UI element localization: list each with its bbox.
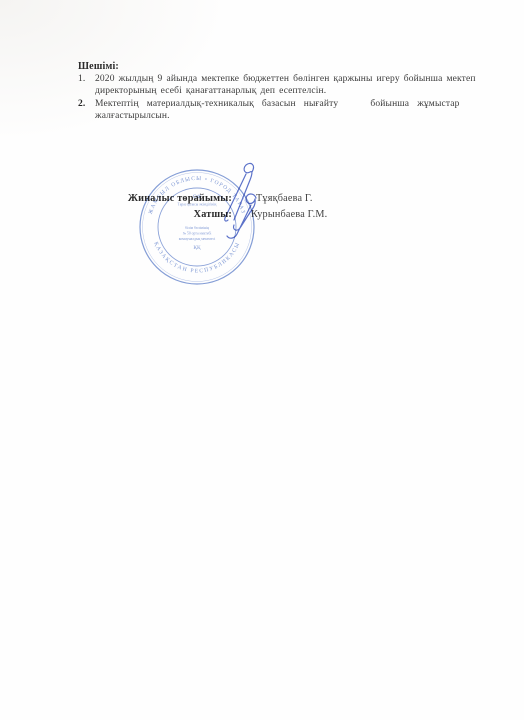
decision-section: Шешімі: 1. 2020 жылдың 9 айында мектепке… [78, 60, 500, 123]
chairwoman-signature-ink [225, 163, 254, 221]
stamp-center-line-2: білім бөлімінің [185, 226, 209, 230]
decision-item-1: 1. 2020 жылдың 9 айында мектепке бюджетт… [78, 73, 500, 98]
decision-heading: Шешімі: [78, 60, 500, 73]
pen-signatures [208, 158, 272, 242]
stamp-center-line-5: ҚҚ [193, 245, 201, 251]
stamp-center-line-0: ОФ [193, 194, 202, 200]
list-number: 2. [78, 98, 95, 110]
list-item-text: 2020 жылдың 9 айында мектепке бюджеттен … [95, 73, 500, 98]
list-item-text: Мектептің материалдық-техникалық базасын… [95, 98, 500, 123]
scanned-document-page: Шешімі: 1. 2020 жылдың 9 айында мектепке… [0, 0, 524, 720]
list-number: 1. [78, 73, 95, 85]
decision-item-2: 2. Мектептің материалдық-техникалық база… [78, 98, 500, 123]
